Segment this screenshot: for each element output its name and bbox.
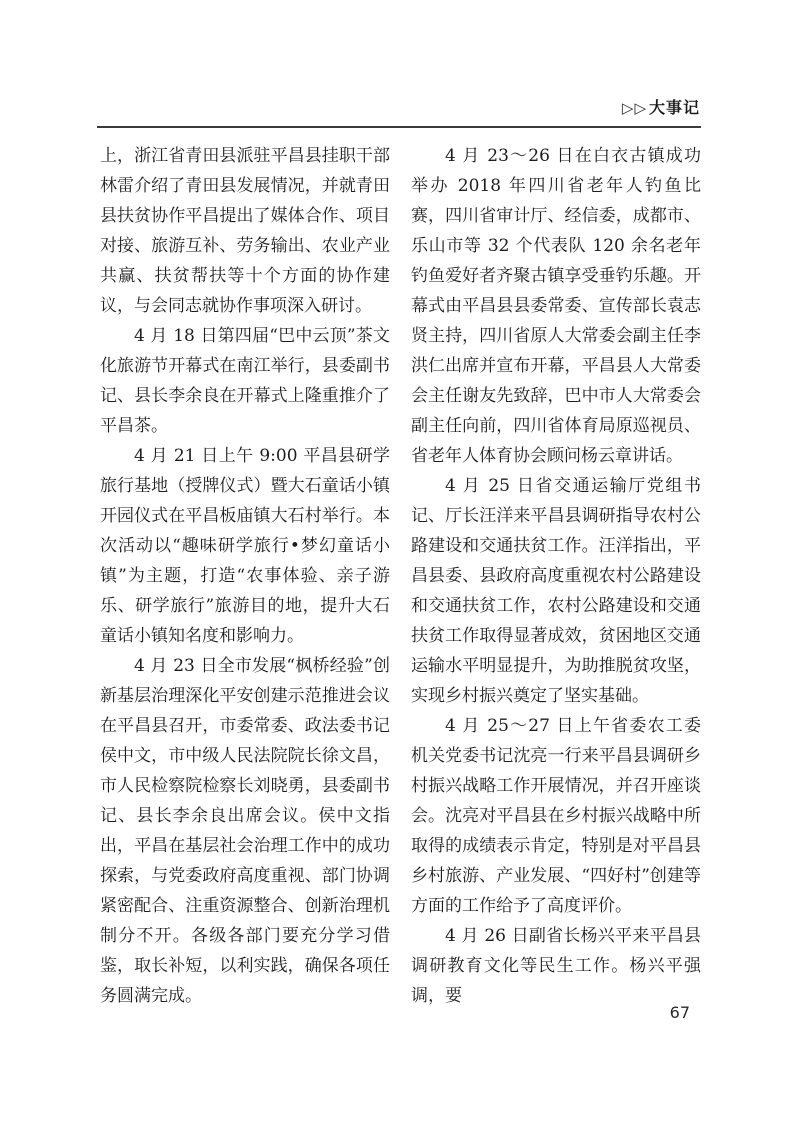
paragraph-continuation: 上，浙江省青田县派驻平昌县挂职干部林雷介绍了青田县发展情况，并就青田县扶贫协作平… <box>100 141 390 321</box>
paragraph-apr25-27-rural: 4 月 25～27 日上午省委农工委机关党委书记沈亮一行来平昌县调研乡村振兴战略… <box>411 711 701 921</box>
page-number: 67 <box>97 1003 690 1022</box>
forward-arrows-icon: ▷▷ <box>622 99 647 117</box>
paragraph-apr25-transport: 4 月 25 日省交通运输厅党组书记、厅长汪洋来平昌县调研指导农村公路建设和交通… <box>411 471 701 711</box>
paragraph-apr18: 4 月 18 日第四届“巴中云顶”茶文化旅游节开幕式在南江举行，县委副书记、县长… <box>100 321 390 441</box>
running-head-title: 大事记 <box>649 98 700 117</box>
right-column: 4 月 23～26 日在白衣古镇成功举办 2018 年四川省老年人钓鱼比赛，四川… <box>411 141 701 1011</box>
paragraph-apr23-meeting: 4 月 23 日全市发展“枫桥经验”创新基层治理深化平安创建示范推进会议在平昌县… <box>100 651 390 1011</box>
running-head: ▷▷大事记 <box>97 95 700 118</box>
paragraph-apr23-26-fishing: 4 月 23～26 日在白衣古镇成功举办 2018 年四川省老年人钓鱼比赛，四川… <box>411 141 701 471</box>
text-columns: 上，浙江省青田县派驻平昌县挂职干部林雷介绍了青田县发展情况，并就青田县扶贫协作平… <box>100 141 701 1011</box>
header-rule <box>97 126 701 128</box>
paragraph-apr26-vicegovernor: 4 月 26 日副省长杨兴平来平昌县调研教育文化等民生工作。杨兴平强调，要 <box>411 921 701 1011</box>
paragraph-apr21: 4 月 21 日上午 9:00 平昌县研学旅行基地（授牌仪式）暨大石童话小镇开园… <box>100 441 390 651</box>
left-column: 上，浙江省青田县派驻平昌县挂职干部林雷介绍了青田县发展情况，并就青田县扶贫协作平… <box>100 141 390 1011</box>
document-page: ▷▷大事记 上，浙江省青田县派驻平昌县挂职干部林雷介绍了青田县发展情况，并就青田… <box>0 0 793 1122</box>
